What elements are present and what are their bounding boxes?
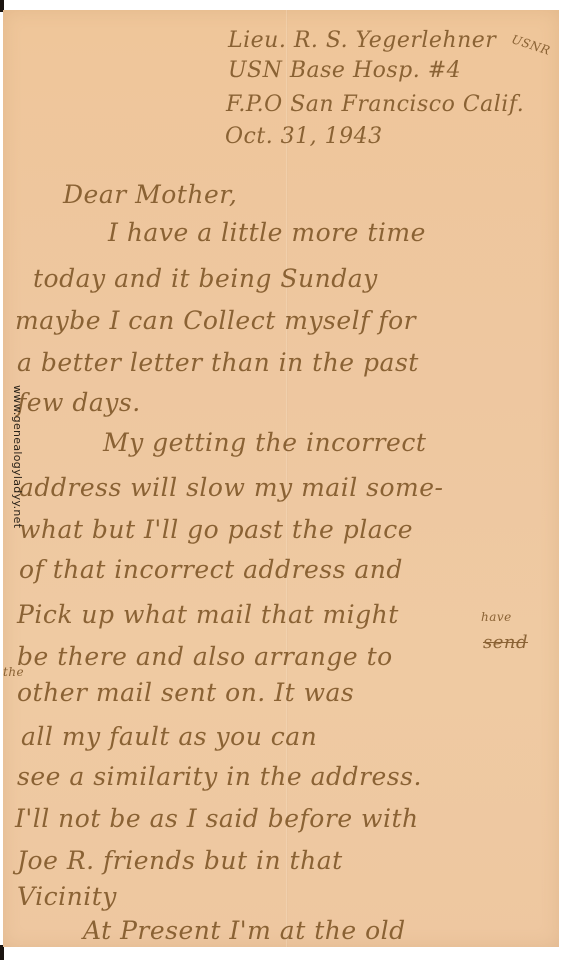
body-line: Vicinity [17, 882, 117, 911]
insertion-have: have [481, 610, 512, 624]
body-line: other mail sent on. It was [17, 678, 354, 707]
body-line: see a similarity in the address. [17, 762, 422, 791]
header-date: Oct. 31, 1943 [225, 124, 383, 149]
body-line: My getting the incorrect [103, 428, 426, 457]
body-line: all my fault as you can [21, 722, 317, 751]
body-line: maybe I can Collect myself for [15, 306, 416, 335]
body-line: few days. [17, 388, 141, 417]
body-line: be there and also arrange to [17, 642, 393, 671]
header-name: Lieu. R. S. Yegerlehner [228, 28, 496, 53]
body-line: Joe R. friends but in that [17, 846, 343, 875]
header-name-suffix: USNR [510, 32, 552, 58]
header-fpo: F.P.O San Francisco Calif. [226, 92, 524, 117]
struck-word-send: send [483, 632, 528, 653]
body-line: Pick up what mail that might [17, 600, 399, 629]
header-unit: USN Base Hosp. #4 [228, 58, 461, 83]
scan-edge-bottom-left [0, 945, 4, 960]
margin-insertion-the: the [3, 665, 24, 679]
body-line: of that incorrect address and [19, 555, 403, 584]
letter-page: Lieu. R. S. Yegerlehner USNR USN Base Ho… [3, 10, 559, 947]
body-line: what but I'll go past the place [19, 515, 413, 544]
watermark-url: www.genealogyladyy.net [4, 385, 24, 635]
body-line: I have a little more time [108, 218, 426, 247]
body-line: I'll not be as I said before with [15, 804, 419, 833]
body-line: today and it being Sunday [33, 264, 378, 293]
body-line: At Present I'm at the old [83, 916, 406, 945]
body-line: address will slow my mail some- [19, 473, 443, 502]
body-line: a better letter than in the past [17, 348, 419, 377]
salutation: Dear Mother, [63, 180, 237, 209]
